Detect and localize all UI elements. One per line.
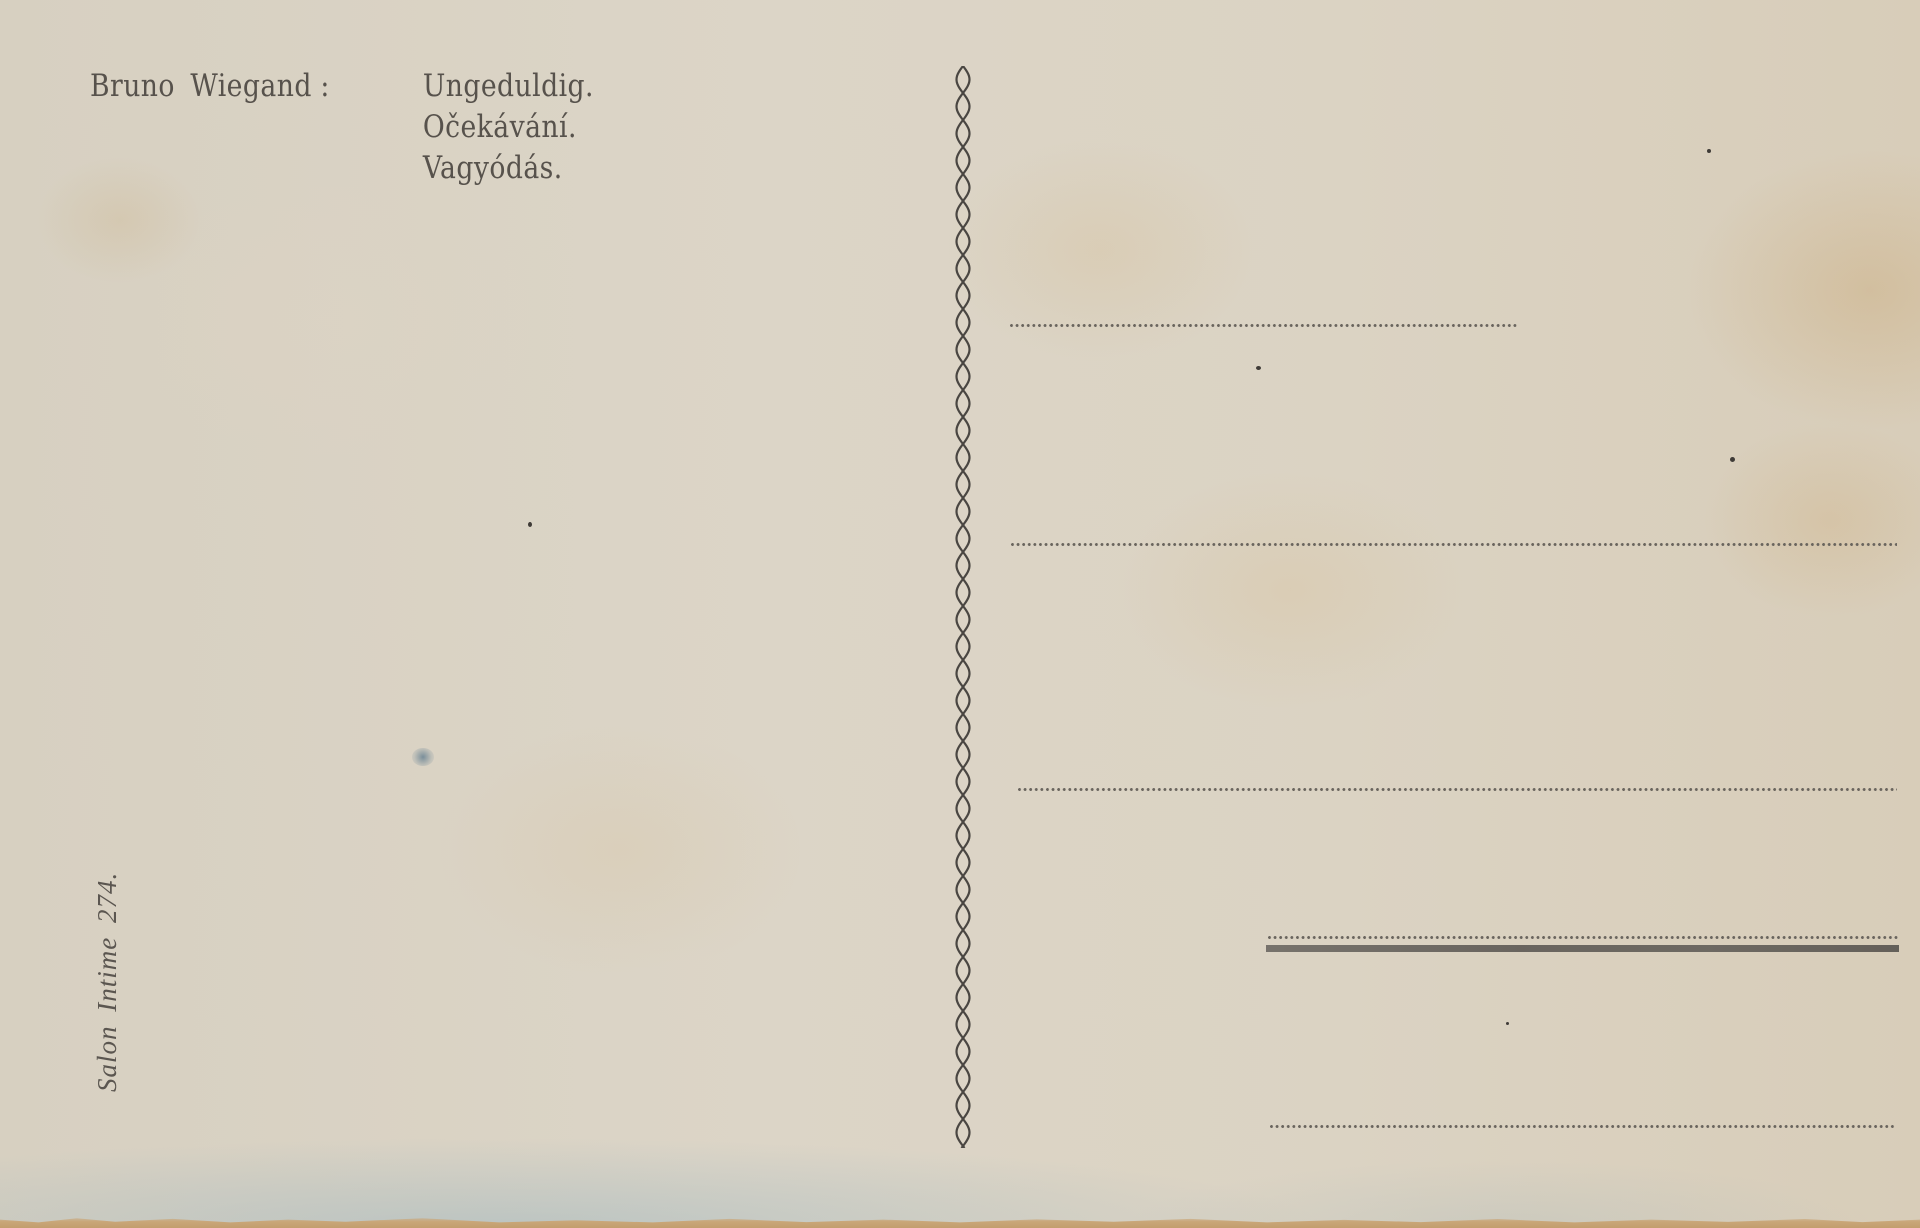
title-list: Ungeduldig. Očekávání. Vagyódás.: [423, 66, 594, 189]
publisher-label: Salon Intime 274.: [92, 872, 123, 1092]
postcard-back: BrunoWiegand: Ungeduldig. Očekávání. Vag…: [0, 0, 1920, 1228]
deckled-edge: [0, 1214, 1920, 1228]
paper-speck: [1256, 366, 1261, 370]
title-czech: Očekávání.: [423, 107, 594, 148]
address-dotted-line: [1011, 543, 1897, 546]
paper-speck: [1506, 1022, 1509, 1025]
address-dotted-line: [1018, 788, 1897, 791]
address-dotted-line: [1270, 1125, 1896, 1128]
address-dotted-line: [1268, 936, 1899, 939]
address-solid-line: [1266, 945, 1899, 952]
card-heading: BrunoWiegand: Ungeduldig. Očekávání. Vag…: [90, 66, 594, 189]
paper-speck: [1730, 457, 1735, 462]
address-dotted-line: [1010, 324, 1518, 327]
paper-speck: [1707, 149, 1711, 153]
title-german: Ungeduldig.: [423, 66, 594, 107]
author-last-name: Wiegand: [190, 68, 311, 104]
twisted-rope-divider: [953, 66, 973, 1148]
paper-stain: [412, 748, 434, 766]
heading-row-1: BrunoWiegand: Ungeduldig. Očekávání. Vag…: [90, 66, 594, 189]
author-separator: :: [320, 68, 329, 104]
title-hungarian: Vagyódás.: [423, 148, 594, 189]
paper-speck: [528, 522, 532, 527]
author-name: BrunoWiegand:: [90, 66, 423, 189]
author-first-name: Bruno: [90, 68, 175, 104]
